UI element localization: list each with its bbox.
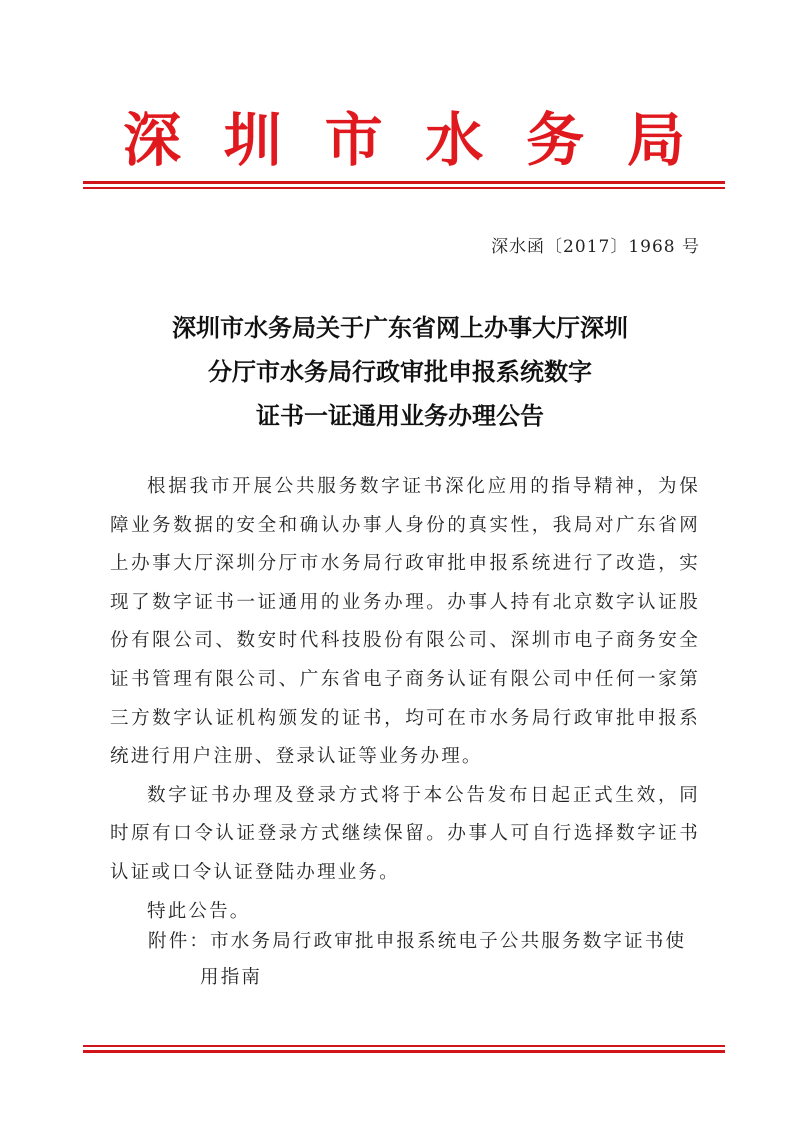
footer-rule-thin [83, 1045, 725, 1047]
attachment-line: 用指南 [148, 960, 703, 996]
masthead-char: 务 [526, 111, 584, 169]
title-line: 证书一证通用业务办理公告 [80, 394, 720, 438]
masthead-char: 市 [325, 111, 383, 169]
header-rule-thick [83, 181, 725, 184]
attachment-line: 附件：市水务局行政审批申报系统电子公共服务数字证书使 [148, 924, 703, 960]
masthead-char: 圳 [224, 111, 282, 169]
attachment-note: 附件：市水务局行政审批申报系统电子公共服务数字证书使 用指南 [148, 924, 703, 996]
masthead-char: 局 [627, 111, 685, 169]
masthead-char: 水 [425, 111, 483, 169]
masthead: 深 圳 市 水 务 局 [83, 100, 725, 180]
body-paragraph: 数字证书办理及登录方式将于本公告发布日起正式生效，同时原有口令认证登录方式继续保… [110, 777, 700, 893]
title-line: 深圳市水务局关于广东省网上办事大厅深圳 [80, 306, 720, 350]
footer-rule-thick [83, 1050, 725, 1053]
document-body: 根据我市开展公共服务数字证书深化应用的指导精神，为保障业务数据的安全和确认办事人… [110, 468, 700, 931]
masthead-char: 深 [123, 111, 181, 169]
document-number: 深水函〔2017〕1968 号 [491, 232, 700, 257]
body-paragraph: 根据我市开展公共服务数字证书深化应用的指导精神，为保障业务数据的安全和确认办事人… [110, 468, 700, 777]
title-line: 分厅市水务局行政审批申报系统数字 [80, 350, 720, 394]
document-title: 深圳市水务局关于广东省网上办事大厅深圳 分厅市水务局行政审批申报系统数字 证书一… [80, 306, 720, 438]
header-rule-thin [83, 187, 725, 189]
